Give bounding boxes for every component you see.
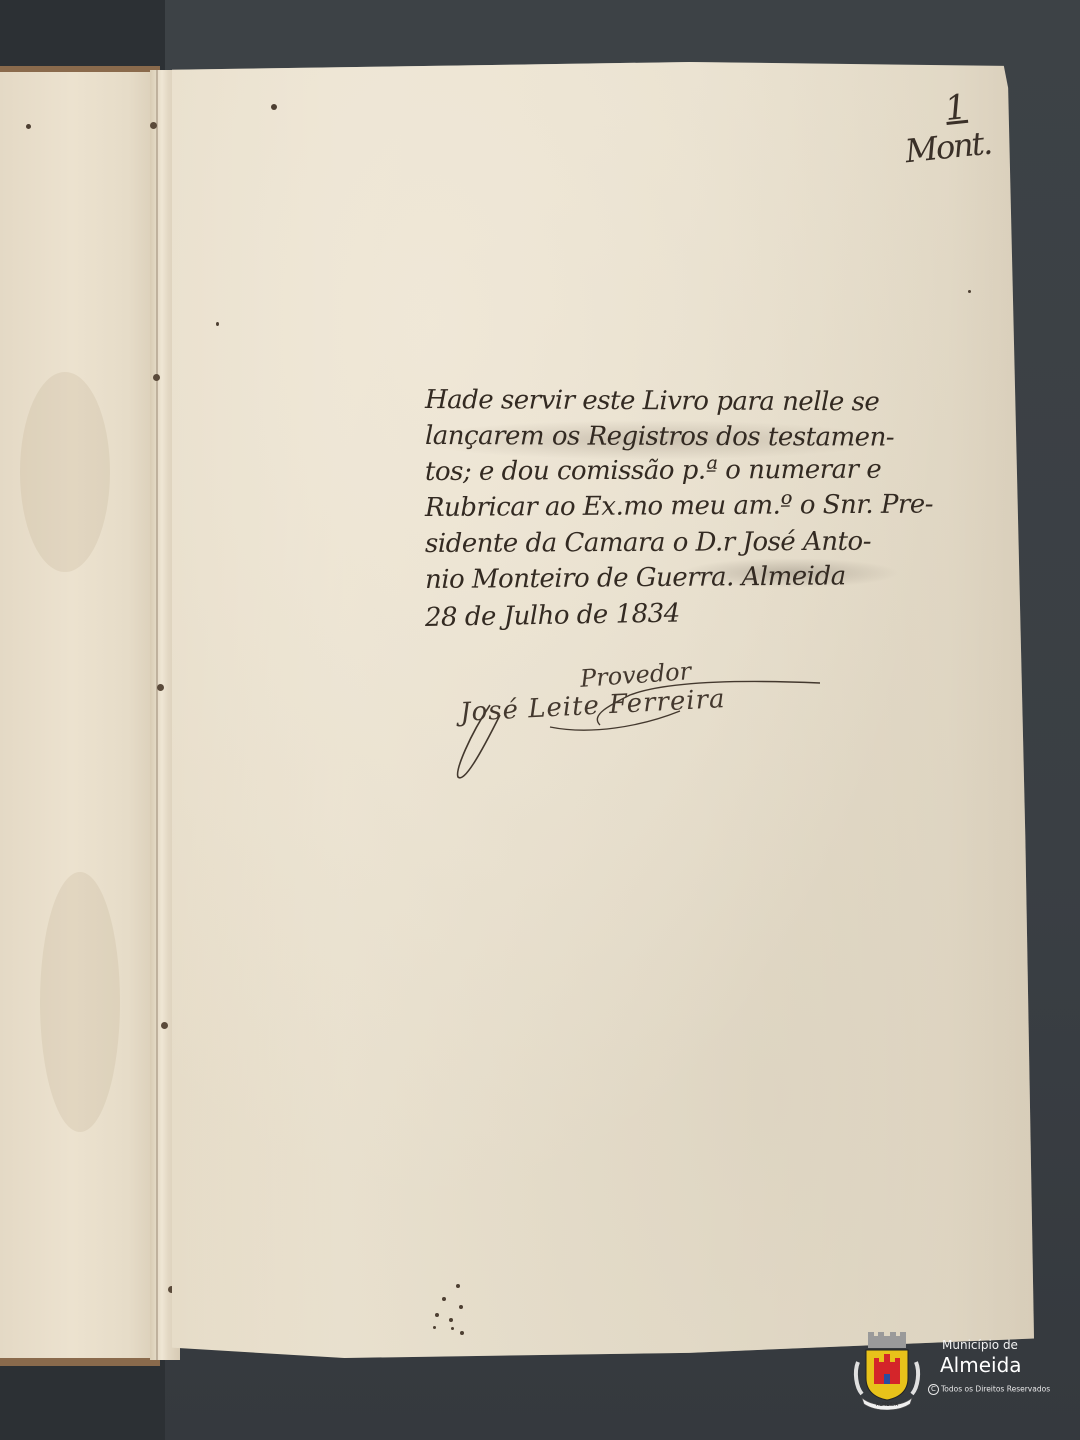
binding-stitch	[157, 684, 164, 691]
manuscript-date-line: 28 de Julho de 1834	[425, 599, 680, 633]
foxing-spot	[459, 1305, 463, 1309]
binding-stitch	[150, 122, 157, 129]
left-leaf	[0, 66, 160, 1366]
paper-stain	[40, 872, 120, 1132]
foxing-spot	[271, 104, 277, 110]
manuscript-line: tos; e dou comissão p.ª o numerar e	[425, 455, 881, 487]
foxing-spot	[451, 1327, 454, 1330]
foxing-spot	[460, 1331, 464, 1335]
municipality-watermark: ALMEIDA Município de Almeida CTodos os D…	[852, 1332, 1052, 1412]
binding-stitch	[161, 1022, 168, 1029]
folio-number: 1	[943, 87, 969, 129]
foxing-spot	[433, 1326, 436, 1329]
crest-motto: ALMEIDA	[876, 1402, 899, 1408]
watermark-rights-text: Todos os Direitos Reservados	[941, 1385, 1050, 1394]
folio-marking: 1 Mont.	[905, 88, 1025, 198]
watermark-copyright: CTodos os Direitos Reservados	[928, 1384, 1050, 1395]
coat-of-arms-icon: ALMEIDA	[852, 1332, 922, 1410]
foxing-spot	[968, 290, 971, 293]
foxing-spot	[216, 322, 219, 326]
foxing-spot	[26, 124, 31, 129]
watermark-title: Almeida	[940, 1353, 1022, 1377]
foxing-spot	[456, 1284, 460, 1288]
signature-block: Provedor José Leite Ferreira	[450, 655, 880, 785]
foxing-spot	[442, 1297, 446, 1301]
gutter-fold-line	[156, 70, 158, 1360]
manuscript-line: Hade servir este Livro para nelle se	[425, 385, 879, 417]
copyright-icon: C	[928, 1384, 939, 1395]
folio-initials: Mont.	[903, 124, 992, 171]
manuscript-line: sidente da Camara o D.r José Anto-	[425, 527, 871, 559]
manuscript-line: Rubricar ao Ex.mo meu am.º o Snr. Pre-	[425, 489, 933, 523]
manuscript-line: nio Monteiro de Guerra. Almeida	[425, 561, 846, 595]
paper-stain	[20, 372, 110, 572]
binding-stitch	[153, 374, 160, 381]
manuscript-line: lançarem os Registros dos testamen-	[425, 421, 894, 453]
foxing-spot	[449, 1318, 453, 1322]
watermark-line1: Município de	[942, 1338, 1018, 1352]
foxing-spot	[435, 1313, 439, 1317]
